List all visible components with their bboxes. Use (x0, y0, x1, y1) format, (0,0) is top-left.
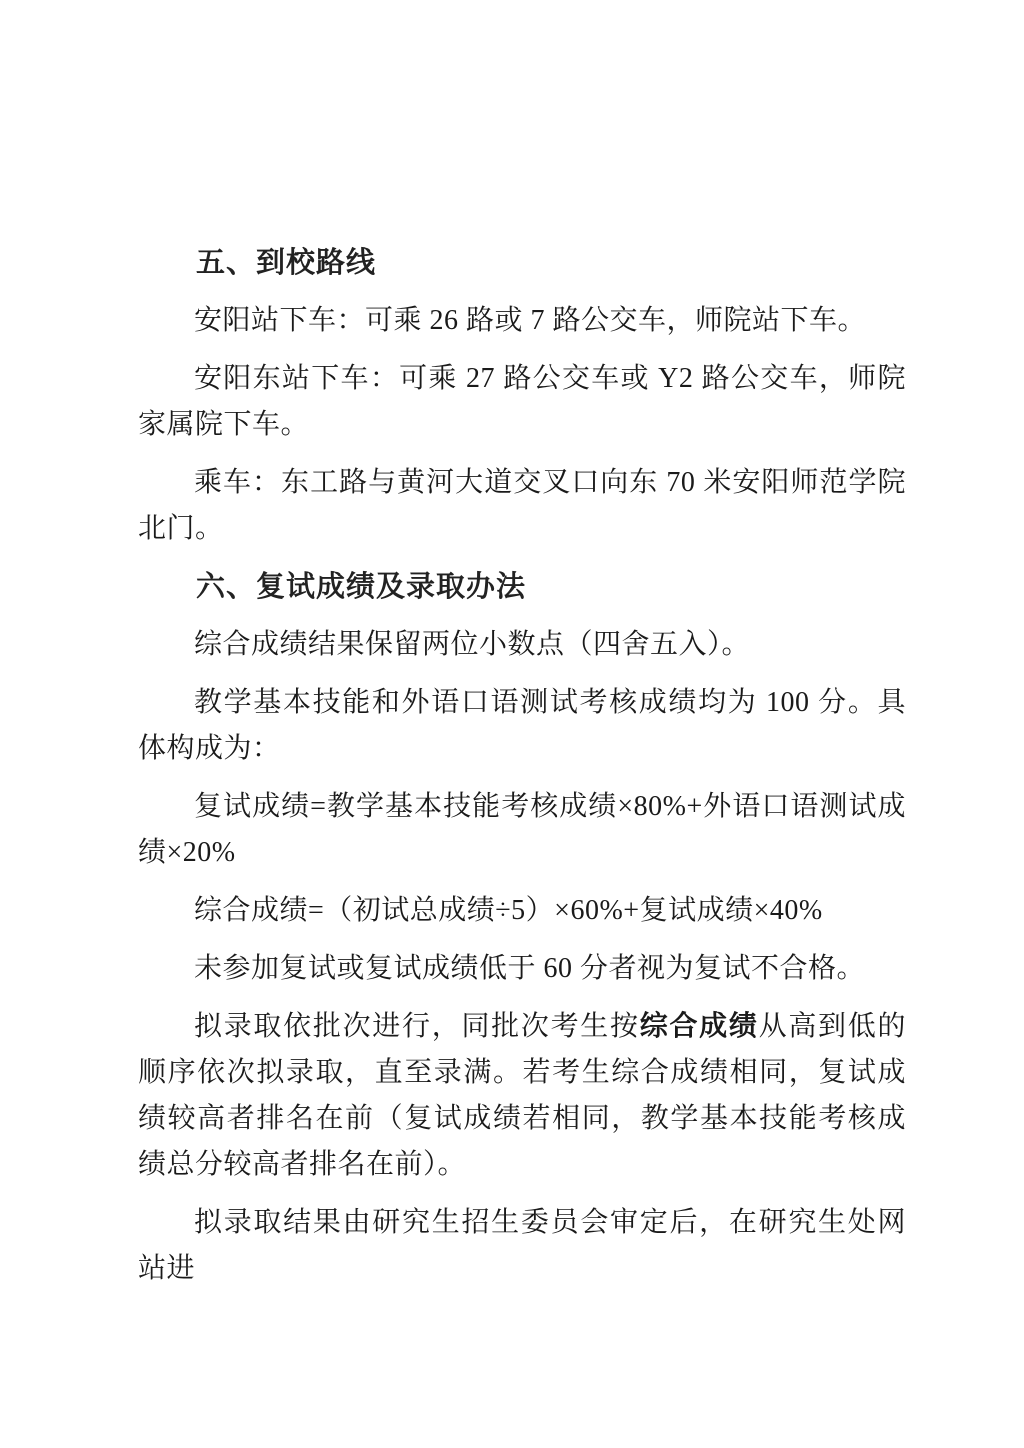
text-run: 六、复试成绩及录取办法 (196, 571, 526, 603)
paragraph: 综合成绩结果保留两位小数点（四舍五入）。 (138, 622, 906, 668)
section-heading: 六、复试成绩及录取办法 (138, 564, 906, 610)
document-page: 五、到校路线安阳站下车：可乘 26 路或 7 路公交车，师院站下车。安阳东站下车… (0, 0, 1024, 1448)
text-run: 五、到校路线 (196, 247, 376, 279)
bold-text-run: 综合成绩 (640, 1011, 759, 1042)
paragraph: 拟录取结果由研究生招生委员会审定后，在研究生处网站进 (138, 1200, 906, 1292)
paragraph: 综合成绩=（初试总成绩÷5）×60%+复试成绩×40% (138, 888, 906, 934)
section-heading: 五、到校路线 (138, 240, 906, 286)
text-run: 安阳站下车：可乘 26 路或 7 路公交车，师院站下车。 (194, 305, 866, 336)
paragraph: 拟录取依批次进行，同批次考生按综合成绩从高到低的顺序依次拟录取，直至录满。若考生… (138, 1004, 906, 1188)
text-run: 复试成绩=教学基本技能考核成绩×80%+外语口语测试成绩×20% (138, 791, 906, 868)
paragraph: 复试成绩=教学基本技能考核成绩×80%+外语口语测试成绩×20% (138, 784, 906, 876)
paragraph: 乘车：东工路与黄河大道交叉口向东 70 米安阳师范学院北门。 (138, 460, 906, 552)
paragraph: 安阳东站下车：可乘 27 路公交车或 Y2 路公交车，师院家属院下车。 (138, 356, 906, 448)
text-run: 乘车：东工路与黄河大道交叉口向东 70 米安阳师范学院北门。 (138, 467, 906, 544)
paragraph: 安阳站下车：可乘 26 路或 7 路公交车，师院站下车。 (138, 298, 906, 344)
text-run: 教学基本技能和外语口语测试考核成绩均为 100 分。具体构成为： (138, 687, 906, 764)
paragraph: 未参加复试或复试成绩低于 60 分者视为复试不合格。 (138, 946, 906, 992)
text-run: 综合成绩结果保留两位小数点（四舍五入）。 (194, 629, 750, 660)
paragraph: 教学基本技能和外语口语测试考核成绩均为 100 分。具体构成为： (138, 680, 906, 772)
text-run: 未参加复试或复试成绩低于 60 分者视为复试不合格。 (194, 953, 865, 984)
text-run: 综合成绩=（初试总成绩÷5）×60%+复试成绩×40% (194, 895, 823, 926)
text-run: 拟录取结果由研究生招生委员会审定后，在研究生处网站进 (138, 1207, 906, 1284)
text-run: 拟录取依批次进行，同批次考生按 (194, 1011, 640, 1042)
text-run: 安阳东站下车：可乘 27 路公交车或 Y2 路公交车，师院家属院下车。 (138, 363, 906, 440)
document-content: 五、到校路线安阳站下车：可乘 26 路或 7 路公交车，师院站下车。安阳东站下车… (138, 240, 906, 1304)
